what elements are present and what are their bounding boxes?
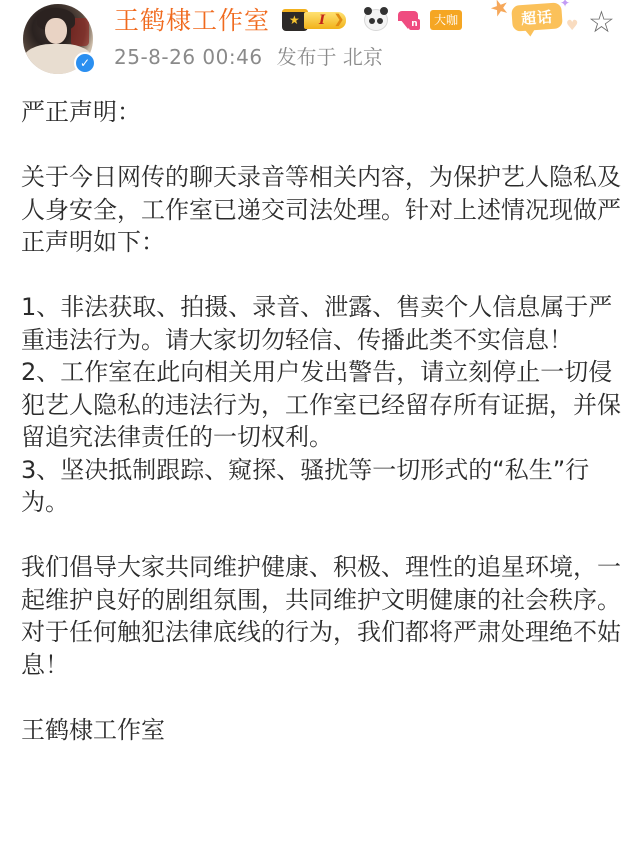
statement-title: 严正声明：	[21, 96, 621, 129]
star-burst-icon: ★	[486, 0, 513, 24]
paragraph-gap	[21, 129, 621, 162]
post-meta: 25-8-26 00:46发布于 北京	[114, 44, 383, 70]
crown-member-icon[interactable]: ★ I	[282, 8, 352, 32]
paragraph-gap	[21, 259, 621, 292]
heart-icon: ♥	[566, 18, 579, 34]
panda-icon[interactable]	[364, 9, 388, 31]
statement-point-2: 2、工作室在此向相关用户发出警告，请立刻停止一切侵犯艺人隐私的违法行为，工作室已…	[21, 356, 621, 454]
paragraph-gap	[21, 681, 621, 714]
member-level-label: I	[304, 12, 346, 29]
statement-point-1: 1、非法获取、拍摄、录音、泄露、售卖个人信息属于严重违法行为。请大家切勿轻信、传…	[21, 291, 621, 356]
star-outline-icon[interactable]: ☆	[588, 8, 615, 38]
statement-point-3: 3、坚决抵制跟踪、窥探、骚扰等一切形式的“私生”行为。	[21, 454, 621, 519]
post-header: ✓ 王鹤棣工作室 ★ I n 大咖 ★ 超话 ✦ ♥ ☆ 25-8-26 00:…	[0, 0, 640, 80]
author-name[interactable]: 王鹤棣工作室	[114, 6, 270, 36]
sparkle-icon: ✦	[560, 0, 570, 10]
post-timestamp: 25-8-26 00:46	[114, 45, 263, 69]
statement-signature: 王鹤棣工作室	[21, 714, 621, 747]
diamond-fan-icon[interactable]: n	[398, 9, 420, 31]
post-location: 发布于 北京	[277, 45, 383, 69]
verified-v-icon: ✓	[74, 52, 96, 74]
weibo-post: ✓ 王鹤棣工作室 ★ I n 大咖 ★ 超话 ✦ ♥ ☆ 25-8-26 00:…	[0, 0, 640, 856]
statement-closing: 我们倡导大家共同维护健康、积极、理性的追星环境，一起维护良好的剧组氛围，共同维护…	[21, 551, 621, 681]
super-topic-label: 超话	[511, 2, 563, 31]
author-badges: ★ I n 大咖	[282, 8, 462, 32]
super-topic-button[interactable]: ★ 超话 ✦ ♥	[490, 0, 590, 40]
big-shot-badge[interactable]: 大咖	[430, 10, 462, 30]
paragraph-gap	[21, 519, 621, 552]
avatar-face	[45, 18, 67, 44]
statement-intro: 关于今日网传的聊天录音等相关内容，为保护艺人隐私及人身安全，工作室已递交司法处理…	[21, 161, 621, 259]
post-content: 严正声明： 关于今日网传的聊天录音等相关内容，为保护艺人隐私及人身安全，工作室已…	[21, 96, 621, 746]
